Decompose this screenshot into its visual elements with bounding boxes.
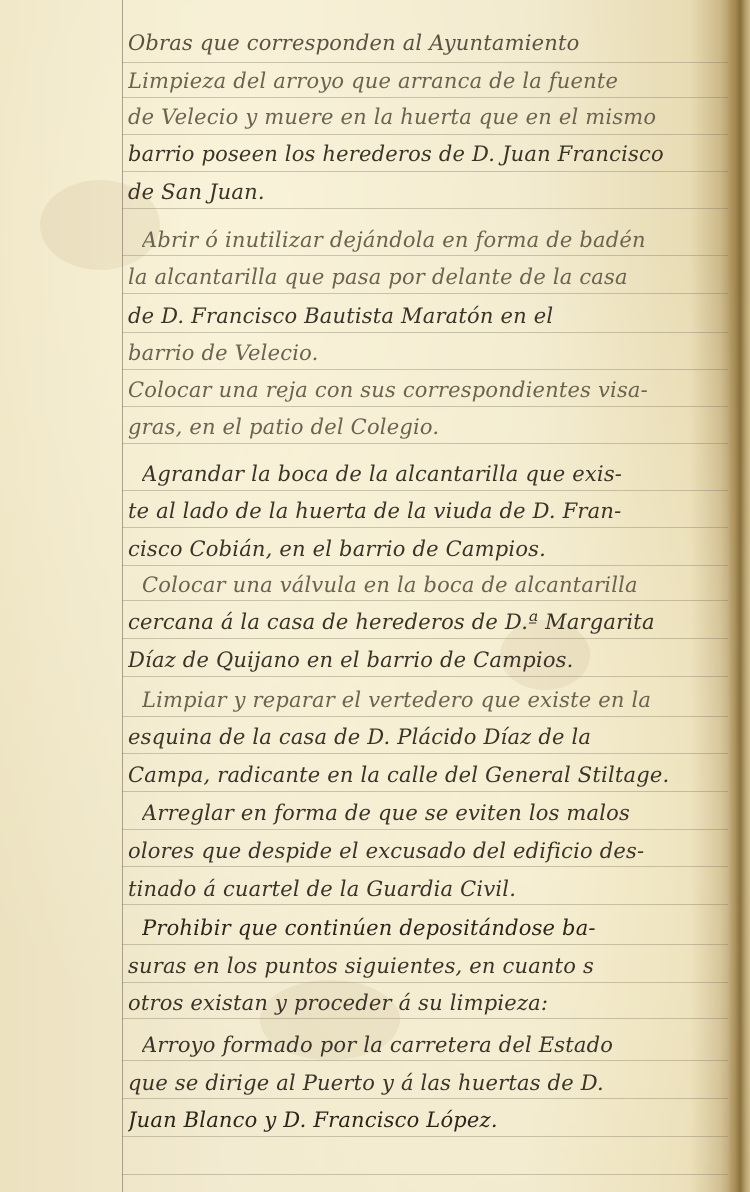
text-line: Juan Blanco y D. Francisco López. [128,1107,718,1133]
text-line: cisco Cobián, en el barrio de Campios. [128,536,718,562]
text-line: otros existan y proceder á su limpieza: [128,990,718,1016]
manuscript-text: Obras que corresponden al Ayuntamiento L… [0,0,750,1192]
text-line: Agrandar la boca de la alcantarilla que … [142,461,732,487]
text-line: cercana á la casa de herederos de D.ª Ma… [128,609,718,635]
text-line: Arroyo formado por la carretera del Esta… [142,1032,732,1058]
text-line: Colocar una reja con sus correspondiente… [128,377,718,403]
text-line: tinado á cuartel de la Guardia Civil. [128,876,718,902]
text-line: de D. Francisco Bautista Maratón en el [128,303,718,329]
text-line: la alcantarilla que pasa por delante de … [128,264,718,290]
text-line: Colocar una válvula en la boca de alcant… [142,572,732,598]
text-line: gras, en el patio del Colegio. [128,414,718,440]
text-line: barrio poseen los herederos de D. Juan F… [128,141,718,167]
text-line: te al lado de la huerta de la viuda de D… [128,498,718,524]
text-line: de Velecio y muere en la huerta que en e… [128,104,718,130]
manuscript-page: Obras que corresponden al Ayuntamiento L… [0,0,750,1192]
text-line: Díaz de Quijano en el barrio de Campios. [128,647,718,673]
text-line: Limpieza del arroyo que arranca de la fu… [128,68,718,94]
text-line: Campa, radicante en la calle del General… [128,762,718,788]
text-line: de San Juan. [128,179,718,205]
text-line: Abrir ó inutilizar dejándola en forma de… [142,227,732,253]
text-line: Limpiar y reparar el vertedero que exist… [142,687,732,713]
text-line: Arreglar en forma de que se eviten los m… [142,800,732,826]
text-line: olores que despide el excusado del edifi… [128,838,718,864]
text-line: esquina de la casa de D. Plácido Díaz de… [128,724,718,750]
text-line: barrio de Velecio. [128,340,718,366]
page-heading: Obras que corresponden al Ayuntamiento [128,30,718,56]
text-line: Prohibir que continúen depositándose ba- [142,915,732,941]
text-line: que se dirige al Puerto y á las huertas … [128,1070,718,1096]
text-line: suras en los puntos siguientes, en cuant… [128,953,718,979]
